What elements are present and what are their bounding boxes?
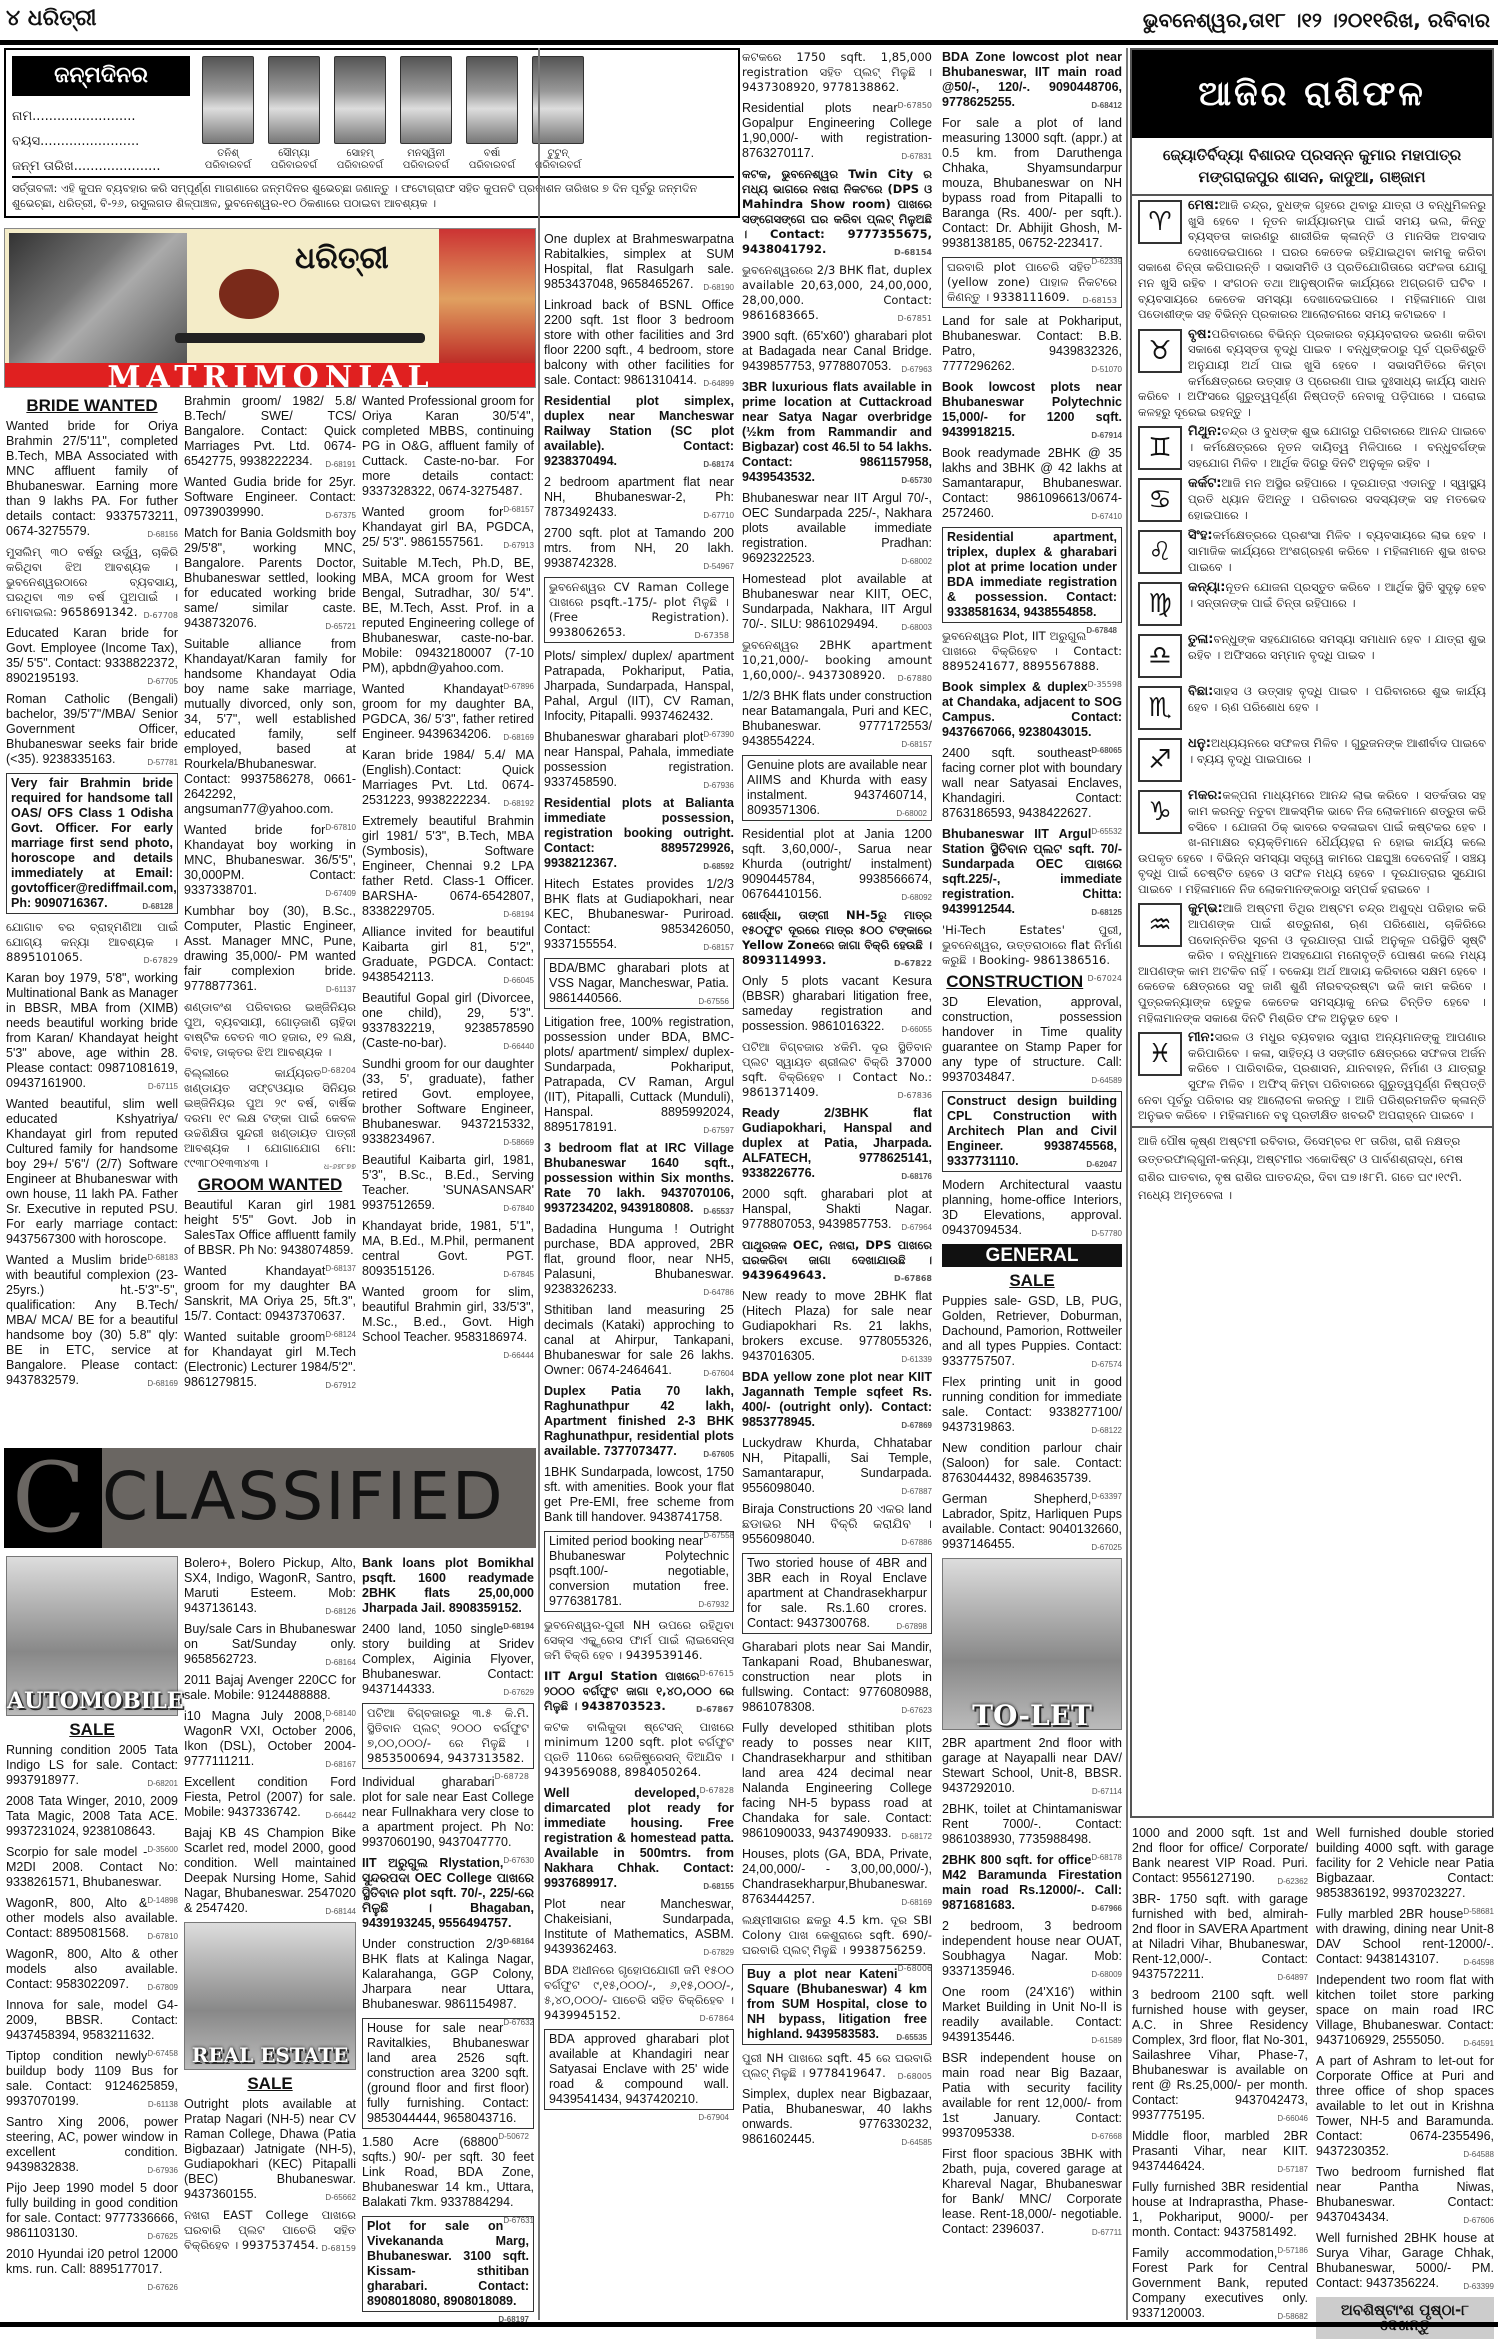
classified-ad: ନଖରା EAST College ପାଖରେ ଘରବାରି ପ୍ଲଟ ପାଚେ… <box>184 2208 356 2253</box>
ad-text: ଭୁବନେଶ୍ୱର-ପୁରୀ NH ଉପରେ ରହିଥିବା ସେକ୍ସ ଏକ୍… <box>544 1618 734 1662</box>
ad-code: D-67936 <box>703 778 734 793</box>
column-divider <box>1126 48 1128 2320</box>
to-let-column-8: Well furnished double storied building 4… <box>1316 1826 1494 2339</box>
zodiac-name: କନ୍ୟା: <box>1188 580 1225 595</box>
ad-text: Very fair Brahmin bride required for han… <box>11 776 177 910</box>
classified-ad: Bolero+, Bolero Pickup, Alto, SX4, Indig… <box>184 1556 356 1616</box>
zodiac-prediction: ନୂତନ ଯୋଜନା ପ୍ରସ୍ତୁତ କରିବେ । ଆର୍ଥିକ ସ୍ଥିତ… <box>1188 580 1486 610</box>
classified-ad: Hitech Estates provides 1/2/3 BHK flats … <box>544 877 734 952</box>
zodiac-icon: ♈ <box>1138 200 1182 244</box>
ad-code: D-64786 <box>703 1285 734 1300</box>
ad-code: D-65662 <box>325 2190 356 2205</box>
real-estate-label: REAL ESTATE <box>185 2048 355 2063</box>
classified-ad: ଖୋର୍ଦ୍ଧା, ତାଙ୍ଗୀ NH-5ରୁ ମାତ୍ର ୧୫୦ଫୁଟ ଦୂର… <box>742 908 932 968</box>
ad-code: D-67886 <box>901 1535 932 1550</box>
ad-code: D-61137 <box>326 982 356 997</box>
birthday-title: ଜନ୍ମଦିନର ଶୁଭେଚ୍ଛା <box>12 56 190 96</box>
zodiac-icon: ♌ <box>1138 530 1182 574</box>
ad-code: D-68169 <box>901 1895 932 1910</box>
classified-ad: Plot near Mancheswar, Chakeisiani, Sunda… <box>544 1897 734 1957</box>
zodiac-sign-entry: ♍କନ୍ୟା:ନୂତନ ଯୋଜନା ପ୍ରସ୍ତୁତ କରିବେ । ଆର୍ଥି… <box>1132 578 1492 630</box>
ad-text: Beautiful Karan girl 1981 height 5'5" Go… <box>184 1198 356 1257</box>
ad-code: D-67936 <box>147 2163 178 2178</box>
ad-text: Suitable alliance from Khandayat/Karan f… <box>184 637 356 816</box>
ad-code: D-67409 <box>325 886 356 901</box>
wedding-photo <box>9 233 187 363</box>
ad-code: D-54967 <box>703 559 734 574</box>
real-estate-image: REAL ESTATE <box>184 1922 356 2070</box>
banner-initial: C <box>12 1448 85 1548</box>
classified-ad: Wanted groom for slim, beautiful Brahmin… <box>362 1285 534 1345</box>
classified-column-6: BDA Zone lowcost plot near Bhubaneswar, … <box>942 50 1122 2243</box>
masthead: ୪ ଧରିତ୍ରୀ ଭୁବନେଶ୍ୱର,ତା୧୮ ।୧୨ ।୨୦୧୧ରିଖ, ର… <box>0 0 1498 44</box>
classified-ad: 2700 sqft. plot at Tamando 200 mtrs. fro… <box>544 526 734 571</box>
classified-ad: WagonR, 800, Alto & other models also av… <box>6 1947 178 1992</box>
ad-text: Innova for sale, model G4-2009, BBSR. Co… <box>6 1998 178 2042</box>
zodiac-prediction: କର୍ମକ୍ଷେତ୍ରରେ ପ୍ରଶଂସା ମିଳିବ । ବ୍ୟବସାୟରେ … <box>1188 528 1486 573</box>
ad-code: D-51070 <box>1091 362 1122 377</box>
ad-text: Well furnished double storied building 4… <box>1316 1826 1494 1900</box>
classified-ad: Santro Xing 2006, power steering, AC, po… <box>6 2115 178 2175</box>
classified-ad: Badadina Hunguma ! Outright purchase, BD… <box>544 1222 734 1297</box>
classified-ad: Flex printing unit in good running condi… <box>942 1375 1122 1435</box>
ad-code: D-68169 <box>147 1376 178 1391</box>
birthday-photo-card: ମନସ୍ୱିନୀପରିବାରବର୍ଗ <box>400 56 452 172</box>
classified-ad: Gharabari plots near Sai Mandir, Tankapa… <box>742 1640 932 1715</box>
ad-code: D-68194 <box>503 1619 534 1634</box>
ad-code: D-66045 <box>503 973 534 988</box>
ad-text: Kumbhar boy (30), B.Sc., Computer, Plast… <box>184 904 356 993</box>
classified-ad: Puppies sale- GSD, LB, PUG, Golden, Retr… <box>942 1294 1122 1369</box>
zodiac-prediction: ସାହସ ଓ ଉତ୍ସାହ ବୃଦ୍ଧି ପାଇବ । ପରିବାରରେ ଶୁଭ… <box>1188 684 1486 714</box>
classified-ad: Wanted beautiful, slim well educated Ksh… <box>6 1097 178 1247</box>
classified-ad: 'Hi-Tech Estates' ପୁରୀ, ଭୁବନେଶ୍ୱର, ଉତ୍ତର… <box>942 923 1122 968</box>
classified-ad: 2000 sqft. gharabari plot at Hanspal, Sh… <box>742 1187 932 1232</box>
family-label: ପରିବାରବର୍ଗ <box>400 160 452 172</box>
ad-code: D-68164 <box>503 1934 534 1949</box>
classified-ad: Genuine plots are available near AIIMS a… <box>742 755 932 821</box>
ad-code: D-66444 <box>503 1348 534 1363</box>
zodiac-icon: ♏ <box>1138 686 1182 730</box>
zodiac-prediction: କଳ୍ପନା ମାଧ୍ୟମରେ ଆନନ୍ଦ ଲାଭ କରିବେ । ସତର୍କତ… <box>1138 788 1486 896</box>
ad-code: D-67626 <box>147 2280 178 2295</box>
ad-text: 2010 Hyundai i20 petrol 12000 kms. run. … <box>6 2247 178 2276</box>
classified-ad: 2 bedroom apartment flat near NH, Bhuban… <box>544 475 734 520</box>
ad-text: Fully furnished 3BR residential house at… <box>1132 2180 1308 2239</box>
classified-column-5: କଟକରେ 1750 sqft. 1,85,000 registration ସ… <box>742 50 932 2153</box>
classified-ad: Wanted bride for Oriya Brahmin 27/5'11",… <box>6 419 178 539</box>
ad-code: D-67615 <box>700 1666 735 1681</box>
ad-code: D-68201 <box>147 1776 178 1791</box>
ad-code: D-67914 <box>1091 428 1122 443</box>
classified-ad: 1BHK Sundarpada, lowcost, 1750 sft. with… <box>544 1465 734 1525</box>
ad-code: D-64899 <box>703 376 734 391</box>
ad-code: D-68172 <box>901 1829 932 1844</box>
ad-text: Fully developed sthitiban plots ready to… <box>742 1721 932 1840</box>
ad-code: D-67809 <box>147 1980 178 1995</box>
ad-code: D-67840 <box>503 1201 534 1216</box>
zodiac-icon: ♑ <box>1138 790 1182 834</box>
horoscope-box: ଆଜିର ରାଶିଫଳ ଜ୍ୟୋତିର୍ବିଦ୍ୟା ବିଶାରଦ ପ୍ରସନ୍… <box>1130 48 1494 1818</box>
ad-code: D-68153 <box>1083 293 1118 308</box>
horoscope-title: ଆଜିର ରାଶିଫଳ <box>1132 50 1492 138</box>
ad-text: Wanted bride for Oriya Brahmin 27/5'11",… <box>6 419 178 538</box>
classified-ad: New condition parlour chair (Saloon) for… <box>942 1441 1122 1486</box>
ad-text: 2008 Tata Winger, 2010, 2009 Tata Magic,… <box>6 1794 178 1838</box>
ad-code: D-68065 <box>1091 743 1122 758</box>
child-name: ବର୍ଷା <box>466 148 518 160</box>
zodiac-icon: ♋ <box>1138 478 1182 522</box>
family-label: ପରିବାରବର୍ଗ <box>202 160 254 172</box>
ad-code: D-57780 <box>1091 1226 1122 1241</box>
automobile-image: AUTOMOBILE <box>6 1556 178 1716</box>
ad-code: D-65532 <box>1091 824 1122 839</box>
zodiac-sign-entry: ♓ମୀନ:ସରଳ ଓ ମଧୁର ବ୍ୟବହାର ଦ୍ୱାରା ଅନ୍ୟମାନଙ୍… <box>1132 1028 1492 1126</box>
ad-code: D-67898 <box>896 1619 927 1634</box>
classified-ad: 3 bedroom flat at IRC Village Bhubaneswa… <box>544 1141 734 1216</box>
classified-ad: Land for sale at Pokhariput, Bhubaneswar… <box>942 314 1122 374</box>
ad-text: ଶଣ୍ଡାବଂଶ ପରିବାରର ଇଞ୍ଜିନିୟର ପୁଅ, ବ୍ୟବସାୟୀ… <box>184 1000 356 1059</box>
ad-code: D-67710 <box>703 508 734 523</box>
classified-ad: First floor spacious 3BHK with 2bath, pu… <box>942 2147 1122 2237</box>
automobile-column-1: AUTOMOBILE SALE Running condition 2005 T… <box>6 1556 178 2295</box>
classified-ad: Plots/ simplex/ duplex/ apartment Patrap… <box>544 649 734 724</box>
astrologer-name: ଜ୍ୟୋତିର୍ବିଦ୍ୟା ବିଶାରଦ ପ୍ରସନ୍ନ କୁମାର ମହାପ… <box>1132 144 1492 166</box>
ad-code: D-68155 <box>703 1879 734 1894</box>
ad-text: House for sale near Ravitalkies, Bhubane… <box>367 2021 529 2125</box>
ad-code: D-67828 <box>700 1783 735 1798</box>
classified-ad: 2008 Tata Winger, 2010, 2009 Tata Magic,… <box>6 1794 178 1839</box>
zodiac-name: ବୃଷ: <box>1188 327 1212 342</box>
zodiac-icon: ♍ <box>1138 582 1182 626</box>
ad-code: D-66046 <box>1277 2111 1308 2126</box>
classified-ad: Educated Karan bride for Govt. Employee … <box>6 626 178 686</box>
ad-code: D-68412 <box>1091 98 1122 113</box>
ad-code: D-64591 <box>1463 2036 1494 2051</box>
zodiac-icon: ♒ <box>1138 903 1182 947</box>
ad-text: Wanted groom for slim, beautiful Brahmin… <box>362 1285 534 1344</box>
classified-ad: ଭୁବନେଶ୍ୱର 2BHK apartment 10,21,000/- boo… <box>742 638 932 683</box>
ad-code: D-68176 <box>901 1169 932 1184</box>
classified-ad: Brahmin groom/ 1982/ 5.8/ B.Tech/ SWE/ T… <box>184 394 356 469</box>
drum-illustration <box>219 269 279 319</box>
ad-code: D-62047 <box>1086 1157 1117 1172</box>
ad-code: D-68122 <box>1091 1423 1122 1438</box>
ad-text: ବିଲ୍ଲୀରେ କାର୍ଯ୍ୟରତ ଖଣ୍ଡାୟତ ସଫ୍ଟଓୟାର ସିନି… <box>184 1066 356 1170</box>
zodiac-icon: ♎ <box>1138 634 1182 678</box>
classified-ad: 2010 Hyundai i20 petrol 12000 kms. run. … <box>6 2247 178 2277</box>
classified-ad: Running condition 2005 Tata Indigo LS fo… <box>6 1743 178 1788</box>
ad-code: D-67605 <box>703 1447 734 1462</box>
ad-code: D-68592 <box>703 859 734 874</box>
ad-code: D-67845 <box>503 1267 534 1282</box>
dateline: ଭୁବନେଶ୍ୱର,ତା୧୮ ।୧୨ ।୨୦୧୧ରିଖ, ରବିବାର <box>1143 8 1490 32</box>
ad-code: D-67880 <box>898 671 933 686</box>
classified-ad: Biraja Constructions 20 ଏକର land ଛଡାଭର N… <box>742 1502 932 1547</box>
birthday-photo-card: ତନିଶ୍ପରିବାରବର୍ଗ <box>202 56 254 172</box>
zodiac-icon: ♓ <box>1138 1032 1182 1076</box>
classified-ad: କଟକ ବାଲିକୁଦା ଷ୍ଟେସନ୍ ପାଖରେ minimum 1200 … <box>544 1720 734 1780</box>
ad-code: D-67574 <box>1091 1357 1122 1372</box>
classified-ad: କଟକରେ 1750 sqft. 1,85,000 registration ସ… <box>742 50 932 95</box>
classified-ad: Litigation free, 100% registration, poss… <box>544 1015 734 1135</box>
zodiac-name: ମିଥୁନ: <box>1188 424 1222 439</box>
classified-ad: Suitable alliance from Khandayat/Karan f… <box>184 637 356 817</box>
ad-code: D-67632 <box>503 2015 534 2030</box>
ad-code: D-67604 <box>703 1366 734 1381</box>
age-field: ବୟସ........................ <box>12 129 192 154</box>
ad-code: D-67966 <box>1091 1901 1122 1916</box>
classified-ad: Alliance invited for beautiful Kaibarta … <box>362 925 534 985</box>
ad-text: Karan boy 1979, 5'8", working Multinatio… <box>6 971 178 1090</box>
general-heading: GENERAL <box>942 1244 1122 1267</box>
ad-code: D-67115 <box>148 1079 178 1094</box>
classified-ad: 2 bedroom, 3 bedroom independent house n… <box>942 1919 1122 1979</box>
ad-code: D-62362 <box>1277 1874 1308 1889</box>
classified-ad: Simplex, duplex near Bigbazaar, Patia, B… <box>742 2087 932 2147</box>
ad-code: D-63397 <box>1091 1489 1122 1504</box>
classified-ad: ଭୁବନେଶ୍ୱରରେ 2/3 BHK flat, duplex availab… <box>742 263 932 323</box>
ad-text: Extremely beautiful Brahmin girl 1981/ 5… <box>362 814 534 918</box>
family-label: ପରିବାରବର୍ଗ <box>268 160 320 172</box>
ad-text: Individual gharabari plot for sale near … <box>362 1775 534 1849</box>
classified-ad: Bhubaneswar near IIT Argul 70/-, OEC Sun… <box>742 491 932 566</box>
classified-ad: Buy/sale Cars in Bhubaneswar on Sat/Sund… <box>184 1622 356 1667</box>
classified-ad: ପଟିଆ ବିଗ୍ବଜାରରୁ ୩.୫ କି.ମି. ସ୍ଥିତିବାନ ପ୍ଲ… <box>362 1703 534 1769</box>
classified-ad: କଟକ, ଭୁବନେଶ୍ୱର Twin City ର ମଧ୍ୟ ଭାଗରେ ନଖ… <box>742 167 932 257</box>
ad-code: D-67556 <box>698 994 729 1009</box>
to-let-label: TO-LET <box>943 1708 1121 1723</box>
classified-ad: BDA yellow zone plot near KIIT Jagannath… <box>742 1370 932 1430</box>
classified-ad: Limited period booking near Bhubaneswar … <box>544 1531 734 1612</box>
classified-ad: 1.580 Acre (68800 sqfts.) 90/- per sqft.… <box>362 2135 534 2210</box>
classified-ad: Very fair Brahmin bride required for han… <box>6 773 178 914</box>
ad-code: D-57186 <box>1277 2243 1308 2258</box>
ad-code: D-67963 <box>901 362 932 377</box>
child-photo <box>268 56 320 144</box>
ad-text: Sundhi groom for our daughter (33, 5', g… <box>362 1057 534 1146</box>
classified-ad: Middle floor, marbled 2BR Prasanti Vihar… <box>1132 2129 1308 2174</box>
classified-ad: Sundhi groom for our daughter (33, 5', g… <box>362 1057 534 1147</box>
classified-ad: 1/2/3 BHK flats under construction near … <box>742 689 932 749</box>
classified-ad: Individual gharabari plot for sale near … <box>362 1775 534 1850</box>
family-label: ପରିବାରବର୍ଗ <box>334 160 386 172</box>
classified-ad: Fully furnished 3BR residential house at… <box>1132 2180 1308 2240</box>
ad-text: First floor spacious 3BHK with 2bath, pu… <box>942 2147 1122 2236</box>
zodiac-name: କୁମ୍ଭ: <box>1188 901 1223 916</box>
panjika-note: ଆଜି ପୌଷ କୃଷ୍ଣ ଅଷ୍ଟମୀ ରବିବାର, ଡିସେମ୍ବର ୧୮… <box>1132 1126 1492 1208</box>
ad-code: D-66442 <box>325 1808 356 1823</box>
child-name: ସୋହମ୍ <box>334 148 386 160</box>
ad-code: D-67964 <box>901 1220 932 1235</box>
ad-code: D-35600 <box>147 1842 178 1857</box>
ad-code: D-63399 <box>1463 2279 1494 2294</box>
ad-code: D-68157 <box>503 502 534 517</box>
matrimonial-title: MATRIMONIAL <box>5 363 536 388</box>
birthday-photos: ତନିଶ୍ପରିବାରବର୍ଗସୌମ୍ୟାପରିବାରବର୍ଗସୋହମ୍ପରିବ… <box>202 56 584 172</box>
ad-code: D-68006 <box>898 1961 933 1976</box>
ad-text: Bhubaneswar IIT Argul Station ସ୍ଥିତିବାନ … <box>942 827 1122 916</box>
ad-code: D-67597 <box>703 1123 734 1138</box>
ad-code: D-67705 <box>147 674 178 689</box>
classified-ad: Bajaj KB 4S Champion Bike Scarlet red, m… <box>184 1826 356 1916</box>
birthday-photo-card: ସୋହମ୍ପରିବାରବର୍ଗ <box>334 56 386 172</box>
ad-code: D-68204 <box>322 1063 357 1078</box>
ad-text: ଲକ୍ଷ୍ମୀସାଗର ଛକରୁ 4.5 km. ଦୂର SBI Colony … <box>742 1913 932 1957</box>
ad-code: D-65721 <box>325 619 356 634</box>
classified-ad: Bank loans plot Bomikhal psqft. 1600 rea… <box>362 1556 534 1616</box>
ad-code: D-67625 <box>147 2229 178 2244</box>
classified-ad: ଯୋଗାବ ବର ବ୍ରାହ୍ମଣିଆ ପାଇଁ ଯୋଗ୍ୟ କନ୍ୟା ଆବଶ… <box>6 920 178 965</box>
ad-text: 3BR luxurious flats available in prime l… <box>742 380 932 484</box>
child-name: ତନିଶ୍ <box>202 148 254 160</box>
ad-code: D-67869 <box>901 1418 932 1433</box>
ad-text: 1BHK Sundarpada, lowcost, 1750 sft. with… <box>544 1465 734 1524</box>
ad-code: D-68126 <box>325 1604 356 1619</box>
ad-code: D-64585 <box>901 2135 932 2150</box>
real-estate-column-3: Bank loans plot Bomikhal psqft. 1600 rea… <box>362 1556 534 2327</box>
ad-text: Bajaj KB 4S Champion Bike Scarlet red, m… <box>184 1826 356 1915</box>
classified-ad: Well furnished 2BHK house at Surya Vihar… <box>1316 2231 1494 2291</box>
ad-code: D-67867 <box>696 1702 734 1717</box>
classified-ad: Bhubaneswar IIT Argul Station ସ୍ଥିତିବାନ … <box>942 827 1122 917</box>
classified-ad: BDA Zone lowcost plot near Bhubaneswar, … <box>942 50 1122 110</box>
ad-text: Outright plots available at Pratap Nagar… <box>184 2097 356 2201</box>
ad-text: 3BR- 1750 sqft. with garage furnished wi… <box>1132 1892 1308 1981</box>
classified-ad: Karan bride 1984/ 5.4/ MA (English).Cont… <box>362 748 534 808</box>
ad-code: D-64897 <box>1277 1970 1308 1985</box>
classified-column-4: One duplex at Brahmeswarpatna Rabitalkie… <box>544 232 734 2125</box>
zodiac-name: ମୀନ: <box>1188 1030 1215 1045</box>
classified-ad: Two storied house of 4BR and 3BR each in… <box>742 1553 932 1634</box>
ad-code: D-67868 <box>894 1271 932 1286</box>
classified-ad: New ready to move 2BHK flat (Hitech Plaz… <box>742 1289 932 1364</box>
automobile-label: AUTOMOBILE <box>7 1694 177 1709</box>
ad-code: D-67390 <box>703 727 734 742</box>
astrologer-address: ମଙ୍ଗରାଜପୁର ଶାସନ, କାଦୁଆ, ଗଞ୍ଜାମ <box>1132 166 1492 188</box>
ad-code: D-35598 <box>1088 677 1123 692</box>
birthday-form-fields: ନାମ......................... ବୟସ........… <box>12 104 192 179</box>
child-name: ମନସ୍ୱିନୀ <box>400 148 452 160</box>
ad-code: D-68125 <box>1091 905 1122 920</box>
ad-code: D-67623 <box>901 1703 932 1718</box>
classified-ad: BSR independent house on main road near … <box>942 2051 1122 2141</box>
classified-ad: ପଟିଆ ବିଗ୍ବଜାର ୪କିମି. ଦୂର ସ୍ଥିତିବାନ ପ୍ଲଟ … <box>742 1040 932 1100</box>
ad-code: D-67458 <box>147 2046 178 2061</box>
classified-ad: Houses, plots (GA, BDA, Private, 24,00,0… <box>742 1847 932 1907</box>
ad-code: D-68159 <box>322 2241 357 2256</box>
ad-code: D-67708 <box>144 608 179 623</box>
ad-text: 3D Elevation, approval, construction, po… <box>942 995 1122 1084</box>
classified-ad: Wanted Professional groom for Oriya Kara… <box>362 394 534 499</box>
ad-code: D-67822 <box>894 956 932 971</box>
classified-ad: Wanted Gudia bride for 25yr. Software En… <box>184 475 356 520</box>
classified-ad: ଲକ୍ଷ୍ମୀସାଗର ଛକରୁ 4.5 km. ଦୂର SBI Colony … <box>742 1913 932 1958</box>
classified-ad: Beautiful Gopal girl (Divorcee, one chil… <box>362 991 534 1051</box>
zodiac-name: ଧନୁ: <box>1188 736 1211 751</box>
ad-text: Well developed, dimarcated plot ready fo… <box>544 1786 734 1890</box>
ad-code: D-65730 <box>901 473 932 488</box>
birthday-photo-card: ବର୍ଷାପରିବାରବର୍ଗ <box>466 56 518 172</box>
ad-text: Linkroad back of BSNL Office 2200 sqft. … <box>544 298 734 387</box>
family-label: ପରିବାରବର୍ଗ <box>466 160 518 172</box>
classified-ad: 3BR luxurious flats available in prime l… <box>742 380 932 485</box>
column-divider <box>538 48 540 2320</box>
ad-code: D-68183 <box>147 1250 178 1265</box>
ad-code: D-67631 <box>503 2213 534 2228</box>
classified-ad: BDA/BMC gharabari plots at VSS Nagar, Ma… <box>544 958 734 1009</box>
classified-ad: Residential apartment, triplex, duplex &… <box>942 527 1122 623</box>
classified-ad: Fully developed sthitiban plots ready to… <box>742 1721 932 1841</box>
classified-ad: Plot for sale on Vivekananda Marg, Bhuba… <box>362 2216 534 2312</box>
zodiac-name: ସିଂହ: <box>1188 528 1213 543</box>
classified-ad: Khandayat bride, 1981, 5'1", MA, B.Ed., … <box>362 1219 534 1279</box>
ad-code: D-61589 <box>1091 2033 1122 2048</box>
classified-ad: 1000 and 2000 sqft. 1st and 2nd floor fo… <box>1132 1826 1308 1886</box>
ad-text: Residential apartment, triplex, duplex &… <box>947 530 1117 619</box>
classified-ad: Two bedroom furnished flat near Pantha N… <box>1316 2165 1494 2225</box>
ad-code: D-67829 <box>703 1945 734 1960</box>
bride-wanted-heading: BRIDE WANTED <box>6 398 178 413</box>
ad-code: D-62339 <box>1091 254 1122 269</box>
ad-code: D-68194 <box>503 907 534 922</box>
child-photo <box>466 56 518 144</box>
classified-ad: Duplex Patia 70 lakh, Raghunathpur 42 la… <box>544 1384 734 1459</box>
child-photo <box>202 56 254 144</box>
ad-code: D-68003 <box>901 620 932 635</box>
page-number-and-paper-name: ୪ ଧରିତ୍ରୀ <box>6 6 97 31</box>
zodiac-name: ତୁଳା: <box>1188 632 1214 647</box>
bottom-rule <box>0 2322 1498 2327</box>
zodiac-prediction: ଆଜି ଅଷ୍ଟମୀ ତିଥିର ଅଷ୍ଟମ ଚନ୍ଦ୍ର ଅଶୁଦ୍ଧ ପରି… <box>1138 901 1486 1024</box>
shehnai-illustration <box>175 333 425 343</box>
ad-code: D-68154 <box>894 245 932 260</box>
ad-text: Plot for sale on Vivekananda Marg, Bhuba… <box>367 2219 529 2308</box>
ad-code: D-68009 <box>1091 1967 1122 1982</box>
ad-text: Litigation free, 100% registration, poss… <box>544 1015 734 1134</box>
zodiac-sign-entry: ♎ତୁଳା:ବନ୍ଧୁଙ୍କ ସହଯୋଗରେ ସମସ୍ୟା ସମାଧାନ ହେବ… <box>1132 630 1492 682</box>
classified-ad: Linkroad back of BSNL Office 2200 sqft. … <box>544 298 734 388</box>
ad-text: For sale a plot of land measuring 13000 … <box>942 116 1122 250</box>
ad-code: D-68002 <box>896 806 927 821</box>
ad-code: D-61339 <box>901 1352 932 1367</box>
classified-banner: C CLASSIFIED <box>4 1448 536 1548</box>
child-name: ସୌମ୍ୟା <box>268 148 320 160</box>
zodiac-name: କର୍କଟ: <box>1188 476 1221 491</box>
ad-code: D-67913 <box>503 538 534 553</box>
classified-ad: Match for Bania Goldsmith boy 29/5'8", w… <box>184 526 356 631</box>
classified-ad: Beautiful Kaibarta girl, 1981, 5'3", B.S… <box>362 1153 534 1213</box>
classified-ad: Karan boy 1979, 5'8", working Multinatio… <box>6 971 178 1091</box>
matrimonial-column-2: Brahmin groom/ 1982/ 5.8/ B.Tech/ SWE/ T… <box>184 394 356 1396</box>
ad-code: D-14898 <box>147 1893 178 1908</box>
zodiac-sign-entry: ♒କୁମ୍ଭ:ଆଜି ଅଷ୍ଟମୀ ତିଥିର ଅଷ୍ଟମ ଚନ୍ଦ୍ର ଅଶୁ… <box>1132 899 1492 1028</box>
ad-code: D-68157 <box>703 940 734 955</box>
ad-text: Wanted a Muslim bride with beautiful com… <box>6 1253 178 1387</box>
ad-text: 'Hi-Tech Estates' ପୁରୀ, ଭୁବନେଶ୍ୱର, ଉତ୍ତର… <box>942 923 1122 967</box>
ad-code: D-68157 <box>901 737 932 752</box>
zodiac-icon: ♐ <box>1138 738 1182 782</box>
classified-ad: For sale a plot of land measuring 13000 … <box>942 116 1122 251</box>
ad-code: D-67904 <box>698 2110 729 2125</box>
classified-ad: Book readymade 2BHK @ 35 lakhs and 3BHK … <box>942 446 1122 521</box>
ad-text: A part of Ashram to let-out for Corporat… <box>1316 2054 1494 2158</box>
ad-code: D-67629 <box>503 1685 534 1700</box>
classified-ad: Suitable M.Tech, Ph.D, BE, MBA, MCA groo… <box>362 556 534 676</box>
ad-code: D-68164 <box>325 1655 356 1670</box>
ad-code: D-67711 <box>1092 2225 1122 2240</box>
ad-code: D-65537 <box>703 1204 734 1219</box>
